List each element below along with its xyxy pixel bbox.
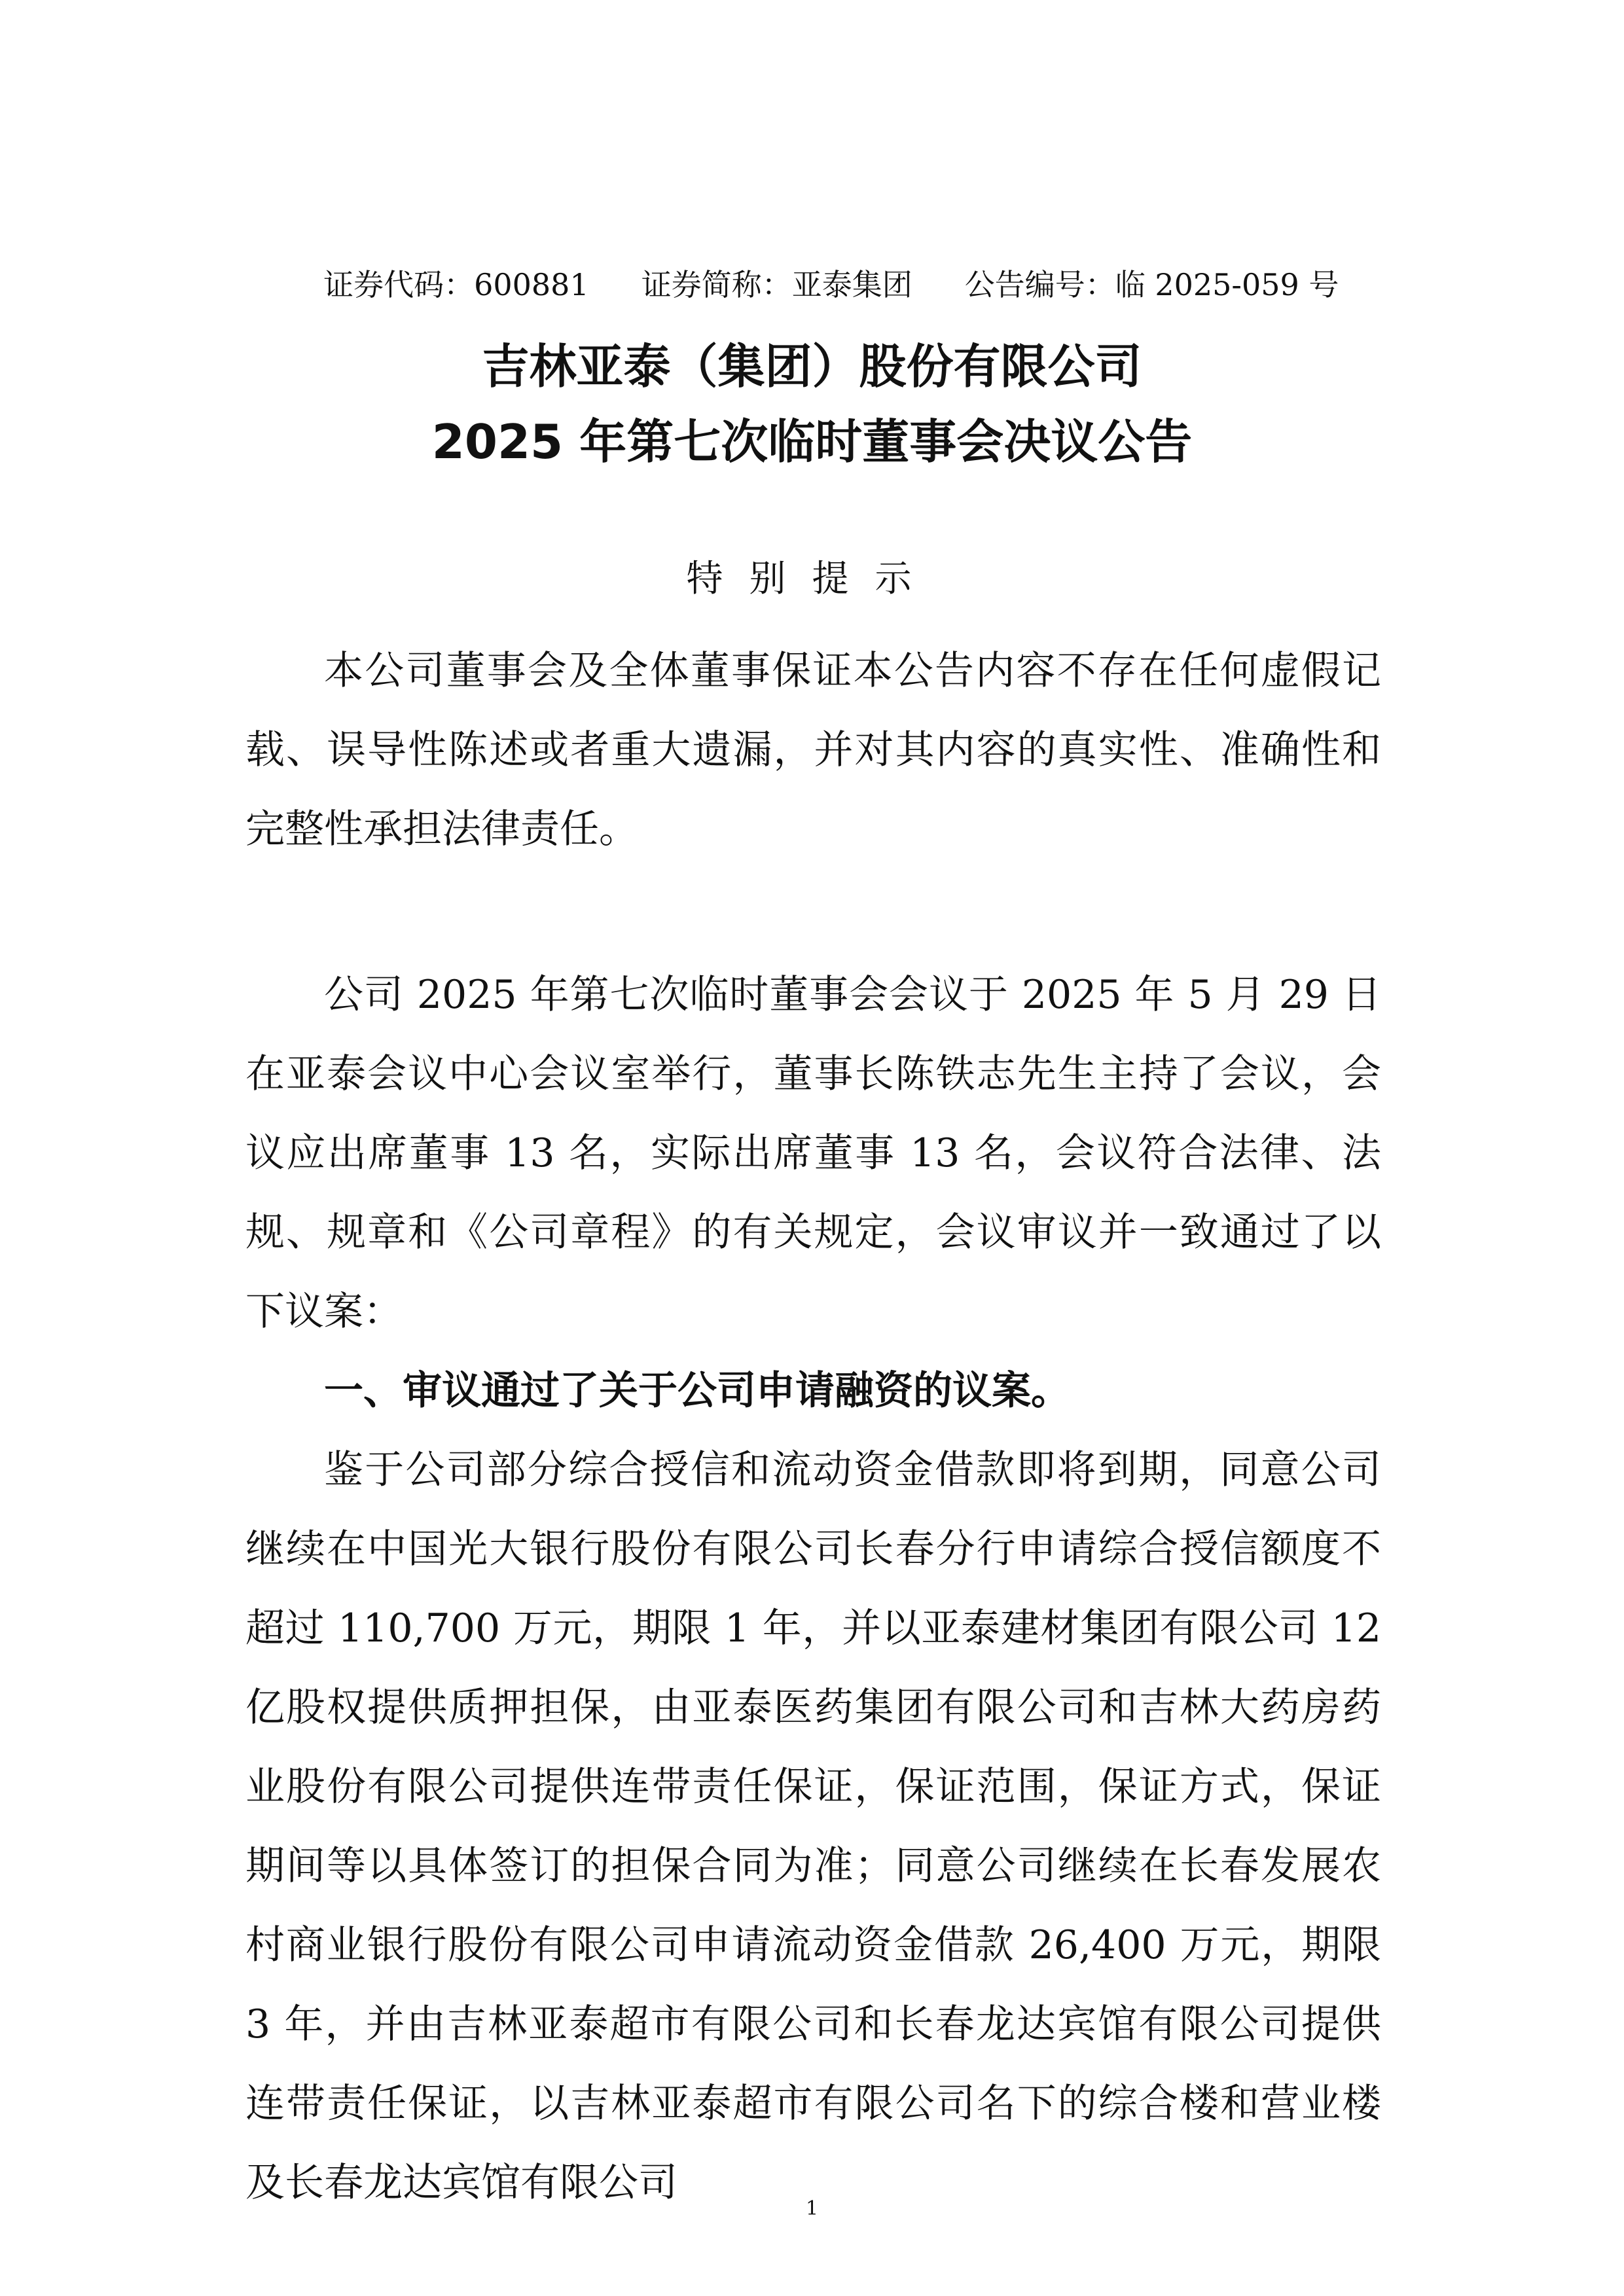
resolution-1-heading: 一、审议通过了关于公司申请融资的议案。	[245, 1352, 1381, 1431]
document-page: 证券代码：600881证券简称：亚泰集团公告编号：临 2025-059 号 吉林…	[0, 0, 1624, 2296]
special-notice-text: 本公司董事会及全体董事保证本公告内容不存在任何虚假记载、误导性陈述或者重大遗漏，…	[245, 632, 1381, 869]
page-number: 1	[0, 2196, 1624, 2222]
announcement-header: 证券代码：600881证券简称：亚泰集团公告编号：临 2025-059 号	[0, 216, 1624, 353]
security-code: 证券代码：600881	[323, 262, 589, 308]
company-name-title: 吉林亚泰（集团）股份有限公司	[0, 334, 1624, 399]
security-short-name: 证券简称：亚泰集团	[641, 262, 912, 308]
announcement-number: 公告编号：临 2025-059 号	[965, 262, 1339, 308]
special-notice: 本公司董事会及全体董事保证本公告内容不存在任何虚假记载、误导性陈述或者重大遗漏，…	[245, 632, 1381, 869]
meeting-intro-paragraph: 公司 2025 年第七次临时董事会会议于 2025 年 5 月 29 日在亚泰会…	[245, 956, 1381, 1352]
resolution-1-text: 鉴于公司部分综合授信和流动资金借款即将到期，同意公司继续在中国光大银行股份有限公…	[245, 1431, 1381, 2223]
announcement-body: 公司 2025 年第七次临时董事会会议于 2025 年 5 月 29 日在亚泰会…	[245, 956, 1381, 2223]
special-notice-heading: 特别提示	[0, 547, 1624, 612]
announcement-title: 2025 年第七次临时董事会决议公告	[0, 409, 1624, 475]
